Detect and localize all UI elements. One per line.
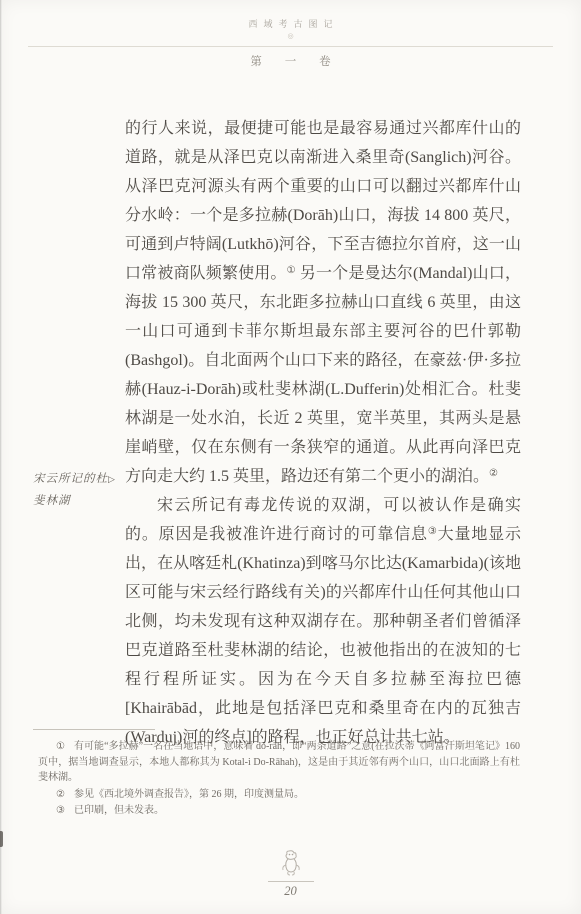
footnote-1-marker: ① <box>56 741 65 752</box>
footer-ornament-icon <box>278 848 304 883</box>
footnote-1: ①有可能“多拉赫”一名在当地语中，意味着 do-rāh，即“两条道路”之意(在拉… <box>38 739 520 786</box>
margin-note-pointer-icon: ▷ <box>108 474 116 484</box>
paragraph-1-text-cont: 另一个是曼达尔(Mandal)山口，海拔 15 300 英尺，东北距多拉赫山口直… <box>125 265 521 485</box>
footnote-ref-1: ① <box>287 265 296 276</box>
header-rule <box>28 46 553 47</box>
footnote-3-marker: ③ <box>56 805 65 816</box>
footnote-2: ②参见《西北境外调查报告》，第 26 期，印度测量局。 <box>38 787 520 803</box>
header-ornament-icon: ◎ <box>0 32 581 40</box>
paragraph-2: 宋云所记有毒龙传说的双湖，可以被认作是确实的。原因是我被准许进行商讨的可靠信息③… <box>125 491 521 752</box>
running-head-volume: 第 一 卷 <box>0 53 581 69</box>
footnote-ref-2: ② <box>489 468 498 479</box>
margin-note-line1: 宋云所记的杜 <box>33 473 108 485</box>
paragraph-1: 的行人来说，最便捷可能也是最容易通过兴都库什山的道路，就是从泽巴克以南渐进入桑里… <box>125 114 521 491</box>
book-page: 西域考古图记 ◎ 第 一 卷 宋云所记的杜▷ 斐林湖 的行人来说，最便捷可能也是… <box>0 0 581 914</box>
body-text: 的行人来说，最便捷可能也是最容易通过兴都库什山的道路，就是从泽巴克以南渐进入桑里… <box>125 114 521 752</box>
margin-note: 宋云所记的杜▷ 斐林湖 <box>33 468 127 512</box>
footnotes: ①有可能“多拉赫”一名在当地语中，意味着 do-rāh，即“两条道路”之意(在拉… <box>38 739 520 820</box>
running-head-book-title: 西域考古图记 <box>0 17 581 30</box>
paragraph-2-text-cont: 大量地显示出，在从喀廷札(Khatinza)到喀马尔比达(Kamarbida)(… <box>125 526 521 746</box>
footnote-1-text: 有可能“多拉赫”一名在当地语中，意味着 do-rāh，即“两条道路”之意(在拉沃… <box>38 741 520 783</box>
footer-rule <box>268 881 314 882</box>
paragraph-1-text: 的行人来说，最便捷可能也是最容易通过兴都库什山的道路，就是从泽巴克以南渐进入桑里… <box>125 120 521 282</box>
footnote-2-text: 参见《西北境外调查报告》，第 26 期，印度测量局。 <box>74 789 304 800</box>
scan-artifact <box>0 831 3 847</box>
footnote-ref-3: ③ <box>428 526 438 537</box>
page-number: 20 <box>0 884 581 899</box>
footnote-2-marker: ② <box>56 789 65 800</box>
margin-note-line2: 斐林湖 <box>33 495 71 507</box>
footnote-3: ③已印刷，但未发表。 <box>38 803 520 819</box>
footnote-divider <box>33 729 155 730</box>
footnote-3-text: 已印刷，但未发表。 <box>74 805 164 816</box>
